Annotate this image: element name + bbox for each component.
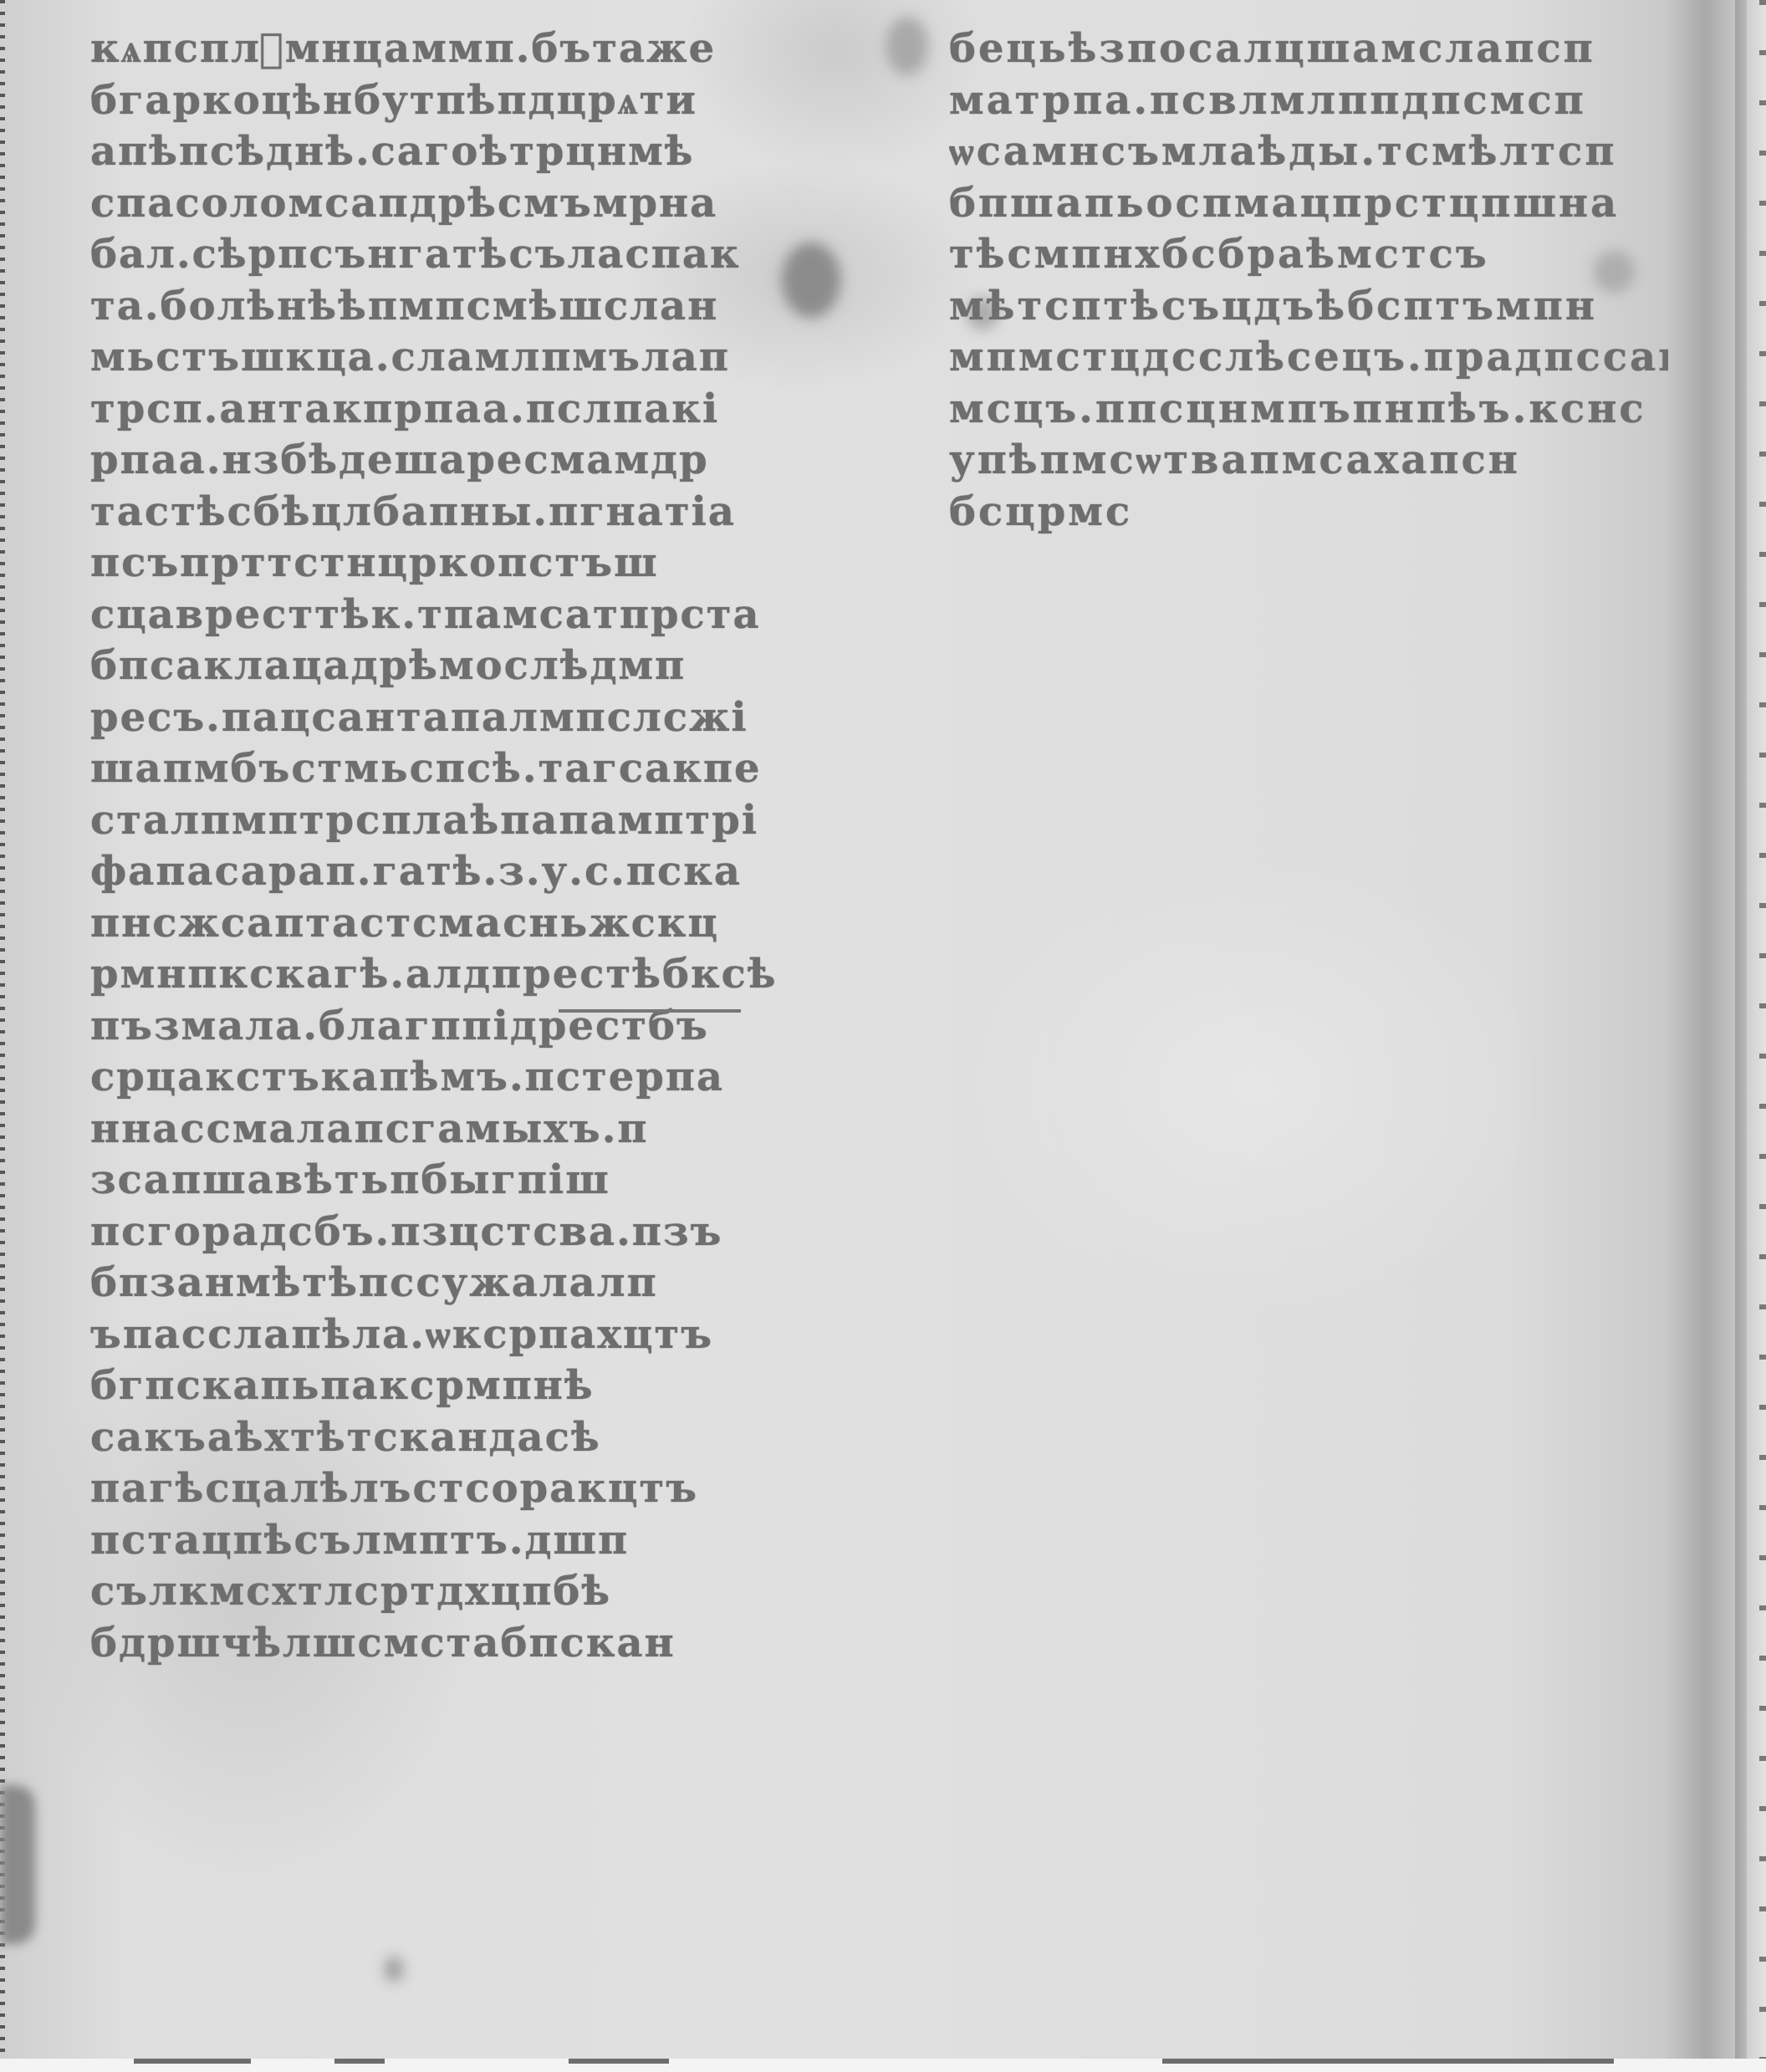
- text-line: рмнпкскагѣ.алдпрестѣбксѣ: [90, 949, 876, 1001]
- text-line: сълкмсхтлсртдхцпбѣ: [90, 1566, 876, 1618]
- stain-spot: [385, 1957, 403, 1982]
- bottom-scan-mark: [569, 2059, 669, 2064]
- text-line: шапмбъстмьспсѣ.тагсакпе: [90, 743, 876, 795]
- text-line: псгорадсбъ.пзцстсва.пзъ: [90, 1207, 876, 1258]
- text-line: бгаркоцѣнбутпѣпдцрѧти: [90, 75, 876, 127]
- bottom-scan-mark: [334, 2059, 385, 2064]
- text-line: рпаа.нзбѣдешаресмамдр: [90, 435, 876, 487]
- text-line: бпзанмѣтѣпссужалалп: [90, 1258, 876, 1309]
- right-binding-shadow: [1735, 0, 1747, 2072]
- manuscript-page: кѧпсплⷶмнцаммп.бътаже бгаркоцѣнбутпѣпдцр…: [0, 0, 1766, 2072]
- text-line: бгпскапьпаксрмпнѣ: [90, 1360, 876, 1412]
- left-text-column: кѧпсплⷶмнцаммп.бътаже бгаркоцѣнбутпѣпдцр…: [90, 23, 876, 1669]
- text-line: бал.сѣрпсънгатѣсъласпак: [90, 229, 876, 281]
- text-line: пагѣсцалѣлъстсоракцтъ: [90, 1463, 876, 1515]
- text-line: кѧпсплⷶмнцаммп.бътаже: [90, 23, 876, 75]
- text-line: бпсаклацадрѣмослѣдмп: [90, 640, 876, 692]
- text-line: ннассмалапсгамыхъ.п: [90, 1104, 876, 1156]
- bottom-scan-mark: [1162, 2059, 1614, 2064]
- right-text-column: бецьѣзпосалцшамслапсп матрпа.псвлмлппдпс…: [949, 23, 1668, 538]
- text-line: матрпа.псвлмлппдпсмсп: [949, 75, 1668, 127]
- text-line: упѣпмсѡтвапмсахапсн: [949, 435, 1668, 487]
- text-line: апѣпсѣднѣ.сагоѣтрцнмѣ: [90, 126, 876, 178]
- text-line: та.болѣнѣѣпмпсмѣшслан: [90, 281, 876, 333]
- text-line: зсапшавѣтьпбыгпіш: [90, 1155, 876, 1207]
- stain-spot: [886, 17, 928, 75]
- text-line: фапасарап.гатѣ.з.у.с.пска: [90, 846, 876, 898]
- text-line: псъпрттстнцркопстъш: [90, 538, 876, 589]
- text-line: спасоломсапдрѣсмъмрна: [90, 178, 876, 230]
- text-line: пстацпѣсълмптъ.дшп: [90, 1515, 876, 1567]
- text-line: бдршчѣлшсмстабпскан: [90, 1618, 876, 1670]
- text-line: пнсжсаптастсмасньжскц: [90, 898, 876, 950]
- text-line: тѣсмпнхбсбраѣмстсъ: [949, 229, 1668, 281]
- text-line: сталпмптрсплаѣпапамптрі: [90, 795, 876, 847]
- left-scan-edge: [0, 0, 5, 2072]
- bottom-scan-mark: [134, 2059, 251, 2064]
- text-line: пъзмала.благппідрестбъ: [90, 1001, 876, 1053]
- right-scan-edge: [1759, 0, 1766, 2072]
- text-line: тастѣсбѣцлбапны.пгнатіа: [90, 487, 876, 538]
- text-line: бецьѣзпосалцшамслапсп: [949, 23, 1668, 75]
- text-line: ъпасслапѣла.ѡксрпахцтъ: [90, 1309, 876, 1361]
- text-line: бсцрмс: [949, 487, 1668, 538]
- text-line: сакъаѣхтѣтскандасѣ: [90, 1412, 876, 1464]
- numeral-underline: [559, 1009, 741, 1013]
- text-line: ресъ.пацсантапалмпслсжі: [90, 692, 876, 744]
- text-line: бпшапьоспмацпрстцпшна: [949, 178, 1668, 230]
- text-line: срцакстъкапѣмъ.пстерпа: [90, 1052, 876, 1104]
- text-line: трсп.антакпрпаа.пслпакі: [90, 384, 876, 436]
- text-line: мсцъ.ппсцнмпъпнпѣъ.кснс: [949, 384, 1668, 436]
- text-line: мѣтсптѣсъцдъѣбсптъмпн: [949, 281, 1668, 333]
- text-line: сцавресттѣк.тпамсатпрста: [90, 589, 876, 641]
- text-line: мпмстцдсслѣсецъ.прадпссап: [949, 332, 1668, 384]
- text-line: ѡсамнсъмлаѣды.тсмѣлтсп: [949, 126, 1668, 178]
- text-line: мьстъшкца.сламлпмълап: [90, 332, 876, 384]
- left-edge-smudge: [0, 1785, 35, 1944]
